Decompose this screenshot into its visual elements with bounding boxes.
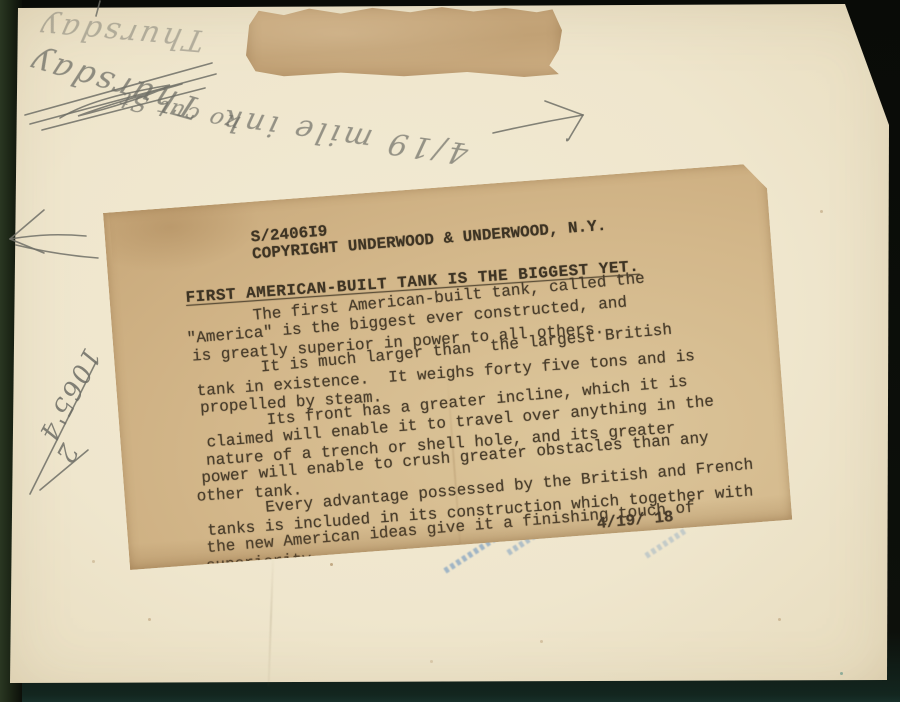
typed-caption-slip: S/2406I9 COPYRIGHT UNDERWOOD & UNDERWOOD… [103, 163, 792, 570]
tape-residue-strip [246, 5, 562, 77]
paper-speckles [0, 0, 3, 3]
caption-date: 4/19/ 18 [596, 508, 674, 533]
photo-scan-backing: Thursday Thursday no cut St 4/19 mile in… [0, 0, 900, 702]
